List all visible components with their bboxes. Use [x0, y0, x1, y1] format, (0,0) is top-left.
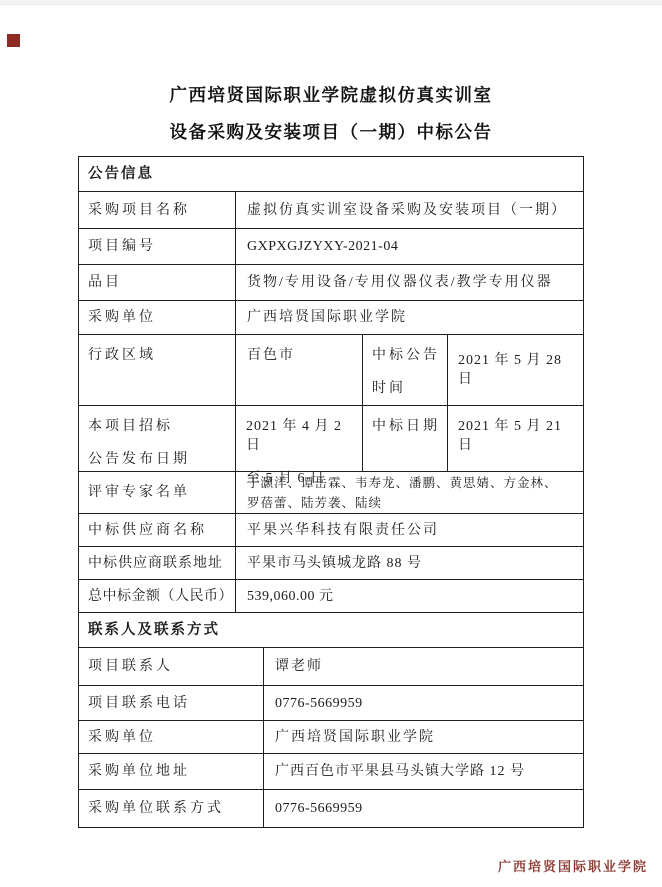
- award-notice-time-label-line-1: 中标公告: [372, 346, 443, 365]
- table-row-experts: 评审专家名单 于灏洋、谭岳霖、韦寿龙、潘鹏、黄思婧、方金林、 罗蓓蕾、陆芳袭、陆…: [79, 471, 583, 513]
- table-row: 采购单位 广西培贤国际职业学院: [79, 720, 583, 753]
- table-row: 中标供应商联系地址 平果市马头镇城龙路 88 号: [79, 546, 583, 579]
- row-label: 评审专家名单: [79, 472, 235, 513]
- table-row: 项目联系人 谭老师: [79, 647, 583, 685]
- section-header-contact: 联系人及联系方式: [79, 613, 583, 647]
- table-row: 项目联系电话 0776-5669959: [79, 685, 583, 720]
- row-label: 采购单位: [79, 301, 235, 334]
- table-row: 中标供应商名称 平果兴华科技有限责任公司: [79, 513, 583, 546]
- experts-line-2: 罗蓓蕾、陆芳袭、陆续: [247, 493, 579, 513]
- table-row: 采购单位地址 广西百色市平果县马头镇大学路 12 号: [79, 753, 583, 789]
- row-label: 采购单位: [79, 721, 263, 753]
- award-notice-time-label: 中标公告 时间: [362, 335, 447, 405]
- row-value: 平果兴华科技有限责任公司: [235, 514, 583, 546]
- row-label: 项目编号: [79, 229, 235, 264]
- row-label: 品目: [79, 265, 235, 300]
- row-label: 中标供应商名称: [79, 514, 235, 546]
- experts-list: 于灏洋、谭岳霖、韦寿龙、潘鹏、黄思婧、方金林、 罗蓓蕾、陆芳袭、陆续: [235, 472, 583, 513]
- red-logo-mark: [7, 34, 20, 47]
- award-date-value: 2021 年 5 月 21 日: [447, 406, 583, 471]
- table-row: 项目编号 GXPXGJZYXY-2021-04: [79, 228, 583, 264]
- row-label: 中标供应商联系地址: [79, 547, 235, 579]
- region-value: 百色市: [235, 335, 362, 405]
- page-title: 广西培贤国际职业学院虚拟仿真实训室 设备采购及安装项目（一期）中标公告: [0, 82, 662, 156]
- row-value: 虚拟仿真实训室设备采购及安装项目（一期）: [235, 192, 583, 228]
- award-notice-time-value: 2021 年 5 月 28 日: [447, 335, 583, 405]
- experts-line-1: 于灏洋、谭岳霖、韦寿龙、潘鹏、黄思婧、方金林、: [247, 473, 579, 493]
- page-footer-school-name: 广西培贤国际职业学院: [498, 856, 648, 875]
- row-label: 总中标金额（人民币）: [79, 580, 235, 612]
- page-title-line-2: 设备采购及安装项目（一期）中标公告: [0, 119, 662, 145]
- bid-publish-date-label: 本项目招标 公告发布日期: [79, 406, 235, 471]
- row-label: 项目联系电话: [79, 686, 263, 720]
- table-row-region: 行政区域 百色市 中标公告 时间 2021 年 5 月 28 日: [79, 334, 583, 405]
- award-date-label: 中标日期: [362, 406, 447, 471]
- row-label: 采购单位地址: [79, 754, 263, 789]
- award-notice-time-label-line-2: 时间: [372, 379, 443, 398]
- table-row: 总中标金额（人民币） 539,060.00 元: [79, 579, 583, 612]
- row-value: 谭老师: [263, 648, 583, 685]
- announcement-table: 公告信息 采购项目名称 虚拟仿真实训室设备采购及安装项目（一期） 项目编号 GX…: [78, 156, 584, 828]
- table-row: 公告信息: [79, 157, 583, 191]
- table-row-dates: 本项目招标 公告发布日期 2021 年 4 月 2 日 至 5 月 6 日 中标…: [79, 405, 583, 471]
- row-value: 539,060.00 元: [235, 580, 583, 612]
- page-title-line-1: 广西培贤国际职业学院虚拟仿真实训室: [0, 82, 662, 108]
- bid-publish-date-label-line-1: 本项目招标: [88, 417, 231, 436]
- row-label: 行政区域: [79, 335, 235, 405]
- row-value: 平果市马头镇城龙路 88 号: [235, 547, 583, 579]
- table-row: 联系人及联系方式: [79, 612, 583, 647]
- row-value: 广西百色市平果县马头镇大学路 12 号: [263, 754, 583, 789]
- bid-publish-date-value-line-1: 2021 年 4 月 2 日: [246, 417, 358, 455]
- table-row: 品目 货物/专用设备/专用仪器仪表/教学专用仪器: [79, 264, 583, 300]
- table-row: 采购项目名称 虚拟仿真实训室设备采购及安装项目（一期）: [79, 191, 583, 228]
- bid-publish-date-label-line-2: 公告发布日期: [88, 450, 231, 469]
- row-value: 广西培贤国际职业学院: [235, 301, 583, 334]
- row-value: 广西培贤国际职业学院: [263, 721, 583, 753]
- row-value: 0776-5669959: [263, 686, 583, 720]
- row-value: GXPXGJZYXY-2021-04: [235, 229, 583, 264]
- table-row: 采购单位联系方式 0776-5669959: [79, 789, 583, 827]
- row-value: 货物/专用设备/专用仪器仪表/教学专用仪器: [235, 265, 583, 300]
- row-label: 采购单位联系方式: [79, 790, 263, 827]
- table-row: 采购单位 广西培贤国际职业学院: [79, 300, 583, 334]
- row-label: 采购项目名称: [79, 192, 235, 228]
- section-header-announcement: 公告信息: [79, 157, 583, 191]
- bid-publish-date-value: 2021 年 4 月 2 日 至 5 月 6 日: [235, 406, 362, 471]
- top-edge-strip: [0, 0, 662, 5]
- row-label: 项目联系人: [79, 648, 263, 685]
- row-value: 0776-5669959: [263, 790, 583, 827]
